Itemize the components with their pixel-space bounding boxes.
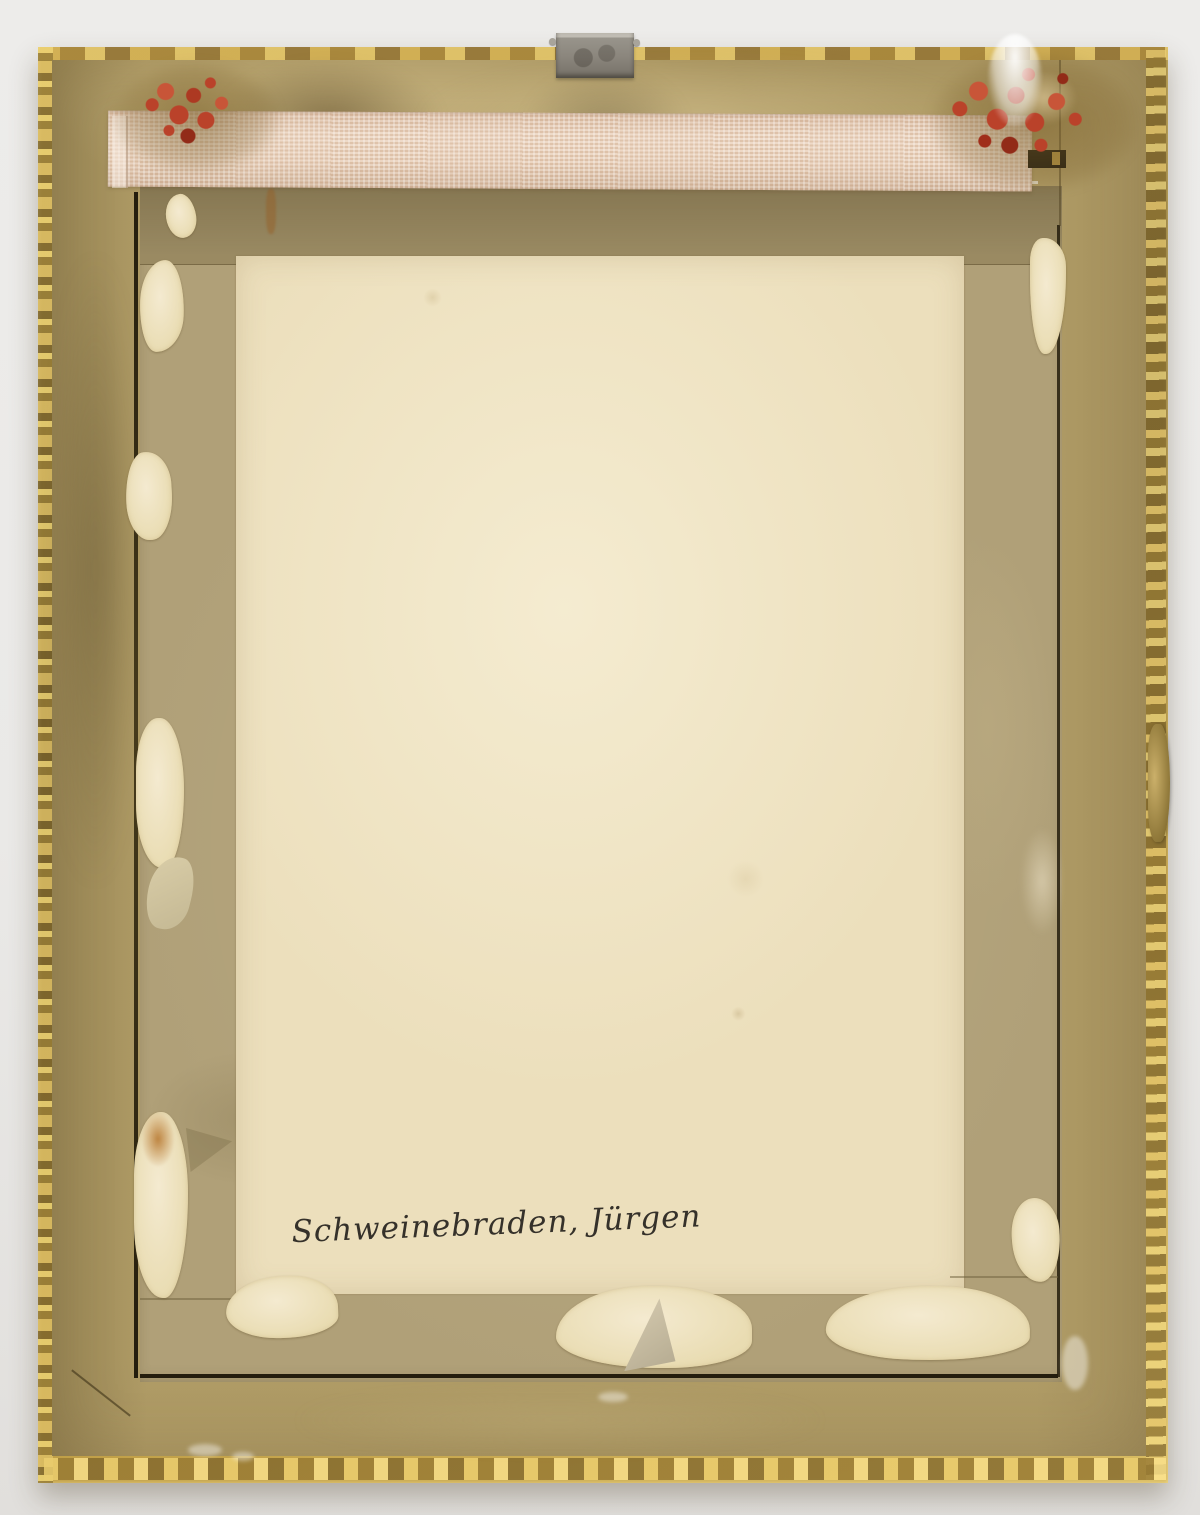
rust-stain [266,188,276,234]
paper-insert [236,256,964,1294]
scuff-mark [232,1452,254,1461]
hanging-clip [556,33,634,78]
clip-pin [633,39,640,46]
backing-board-top-band [140,186,1062,265]
clip-pin [549,38,556,45]
wax-seal-remnant-left [132,72,244,150]
seam-line [140,1298,234,1300]
photo-backdrop: Schweinebraden, Jürgen [0,0,1200,1515]
scuff-mark [188,1444,222,1456]
cotton-tuft [988,34,1042,126]
scuff-mark [598,1392,628,1402]
crack-line-bottom [140,1374,1058,1378]
frame-gilded-edge-left [38,47,53,1483]
stain-mark [300,1390,820,1450]
crack-line-right [1057,225,1060,1377]
scuff-mark [1062,1336,1088,1390]
stain-mark [52,260,138,880]
torn-paper-patch [136,718,184,868]
frame-gilded-edge-bottom [44,1458,1166,1480]
frame-edge-bump [1148,724,1170,842]
rust-stain [142,1112,174,1166]
